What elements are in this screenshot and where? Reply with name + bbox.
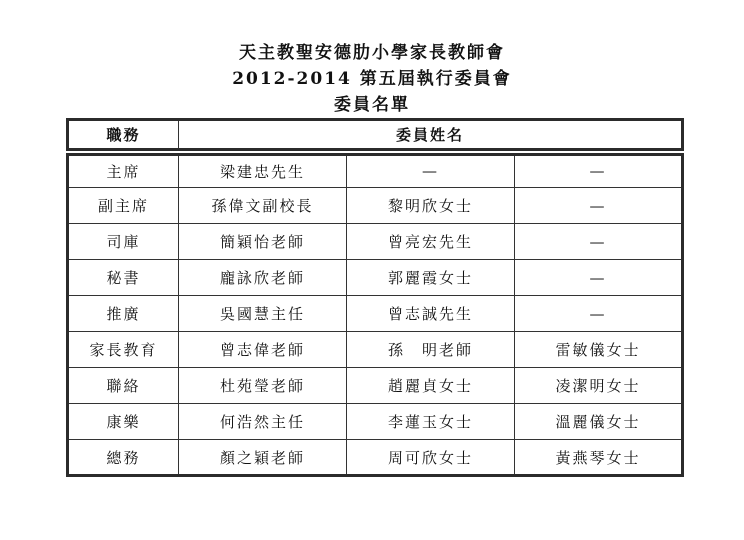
member-cell: 郭麗霞女士 bbox=[347, 260, 515, 296]
member-cell: 曾志偉老師 bbox=[179, 332, 347, 368]
member-cell: 杜苑瑩老師 bbox=[179, 368, 347, 404]
position-cell: 主席 bbox=[68, 152, 179, 188]
table-row: 司庫 簡穎怡老師 曾亮宏先生 — bbox=[68, 224, 683, 260]
header-row: 職務 委員姓名 bbox=[68, 120, 683, 152]
position-cell: 推廣 bbox=[68, 296, 179, 332]
title-school-name: 天主教聖安德肋小學家長教師會 bbox=[0, 40, 744, 66]
member-cell: — bbox=[515, 260, 683, 296]
member-cell: 黃燕琴女士 bbox=[515, 440, 683, 476]
table-row: 副主席 孫偉文副校長 黎明欣女士 — bbox=[68, 188, 683, 224]
title-committee-term: 2012-2014 第五屆執行委員會 bbox=[0, 66, 744, 92]
member-cell: 龐詠欣老師 bbox=[179, 260, 347, 296]
position-cell: 康樂 bbox=[68, 404, 179, 440]
table-row: 主席 梁建忠先生 — — bbox=[68, 152, 683, 188]
member-cell: 梁建忠先生 bbox=[179, 152, 347, 188]
position-cell: 總務 bbox=[68, 440, 179, 476]
table-row: 推廣 吳國慧主任 曾志誠先生 — bbox=[68, 296, 683, 332]
member-cell: 顏之穎老師 bbox=[179, 440, 347, 476]
table-row: 家長教育 曾志偉老師 孫 明老師 雷敏儀女士 bbox=[68, 332, 683, 368]
member-cell: 曾志誠先生 bbox=[347, 296, 515, 332]
member-cell: — bbox=[515, 224, 683, 260]
header-position: 職務 bbox=[68, 120, 179, 152]
member-cell: 凌潔明女士 bbox=[515, 368, 683, 404]
position-cell: 聯絡 bbox=[68, 368, 179, 404]
document-page: 天主教聖安德肋小學家長教師會 2012-2014 第五屆執行委員會 委員名單 職… bbox=[0, 0, 744, 540]
title-member-list: 委員名單 bbox=[0, 92, 744, 118]
table-header: 職務 委員姓名 bbox=[68, 120, 683, 152]
position-cell: 司庫 bbox=[68, 224, 179, 260]
member-cell: — bbox=[515, 188, 683, 224]
header-member-names: 委員姓名 bbox=[179, 120, 683, 152]
table-row: 康樂 何浩然主任 李蓮玉女士 溫麗儀女士 bbox=[68, 404, 683, 440]
member-cell: 孫偉文副校長 bbox=[179, 188, 347, 224]
member-cell: — bbox=[515, 152, 683, 188]
member-cell: — bbox=[347, 152, 515, 188]
member-cell: 曾亮宏先生 bbox=[347, 224, 515, 260]
member-cell: 孫 明老師 bbox=[347, 332, 515, 368]
table-row: 總務 顏之穎老師 周可欣女士 黃燕琴女士 bbox=[68, 440, 683, 476]
member-cell: 雷敏儀女士 bbox=[515, 332, 683, 368]
member-cell: 何浩然主任 bbox=[179, 404, 347, 440]
table-body: 主席 梁建忠先生 — — 副主席 孫偉文副校長 黎明欣女士 — 司庫 簡穎怡老師… bbox=[68, 152, 683, 476]
member-cell: 黎明欣女士 bbox=[347, 188, 515, 224]
table-row: 聯絡 杜苑瑩老師 趙麗貞女士 凌潔明女士 bbox=[68, 368, 683, 404]
table-row: 秘書 龐詠欣老師 郭麗霞女士 — bbox=[68, 260, 683, 296]
position-cell: 秘書 bbox=[68, 260, 179, 296]
member-cell: 李蓮玉女士 bbox=[347, 404, 515, 440]
document-title-block: 天主教聖安德肋小學家長教師會 2012-2014 第五屆執行委員會 委員名單 bbox=[0, 0, 744, 118]
member-cell: 趙麗貞女士 bbox=[347, 368, 515, 404]
member-cell: 周可欣女士 bbox=[347, 440, 515, 476]
position-cell: 家長教育 bbox=[68, 332, 179, 368]
member-cell: 溫麗儀女士 bbox=[515, 404, 683, 440]
position-cell: 副主席 bbox=[68, 188, 179, 224]
committee-table: 職務 委員姓名 主席 梁建忠先生 — — 副主席 孫偉文副校長 黎明欣女士 — … bbox=[66, 118, 684, 477]
member-cell: — bbox=[515, 296, 683, 332]
member-cell: 簡穎怡老師 bbox=[179, 224, 347, 260]
member-cell: 吳國慧主任 bbox=[179, 296, 347, 332]
